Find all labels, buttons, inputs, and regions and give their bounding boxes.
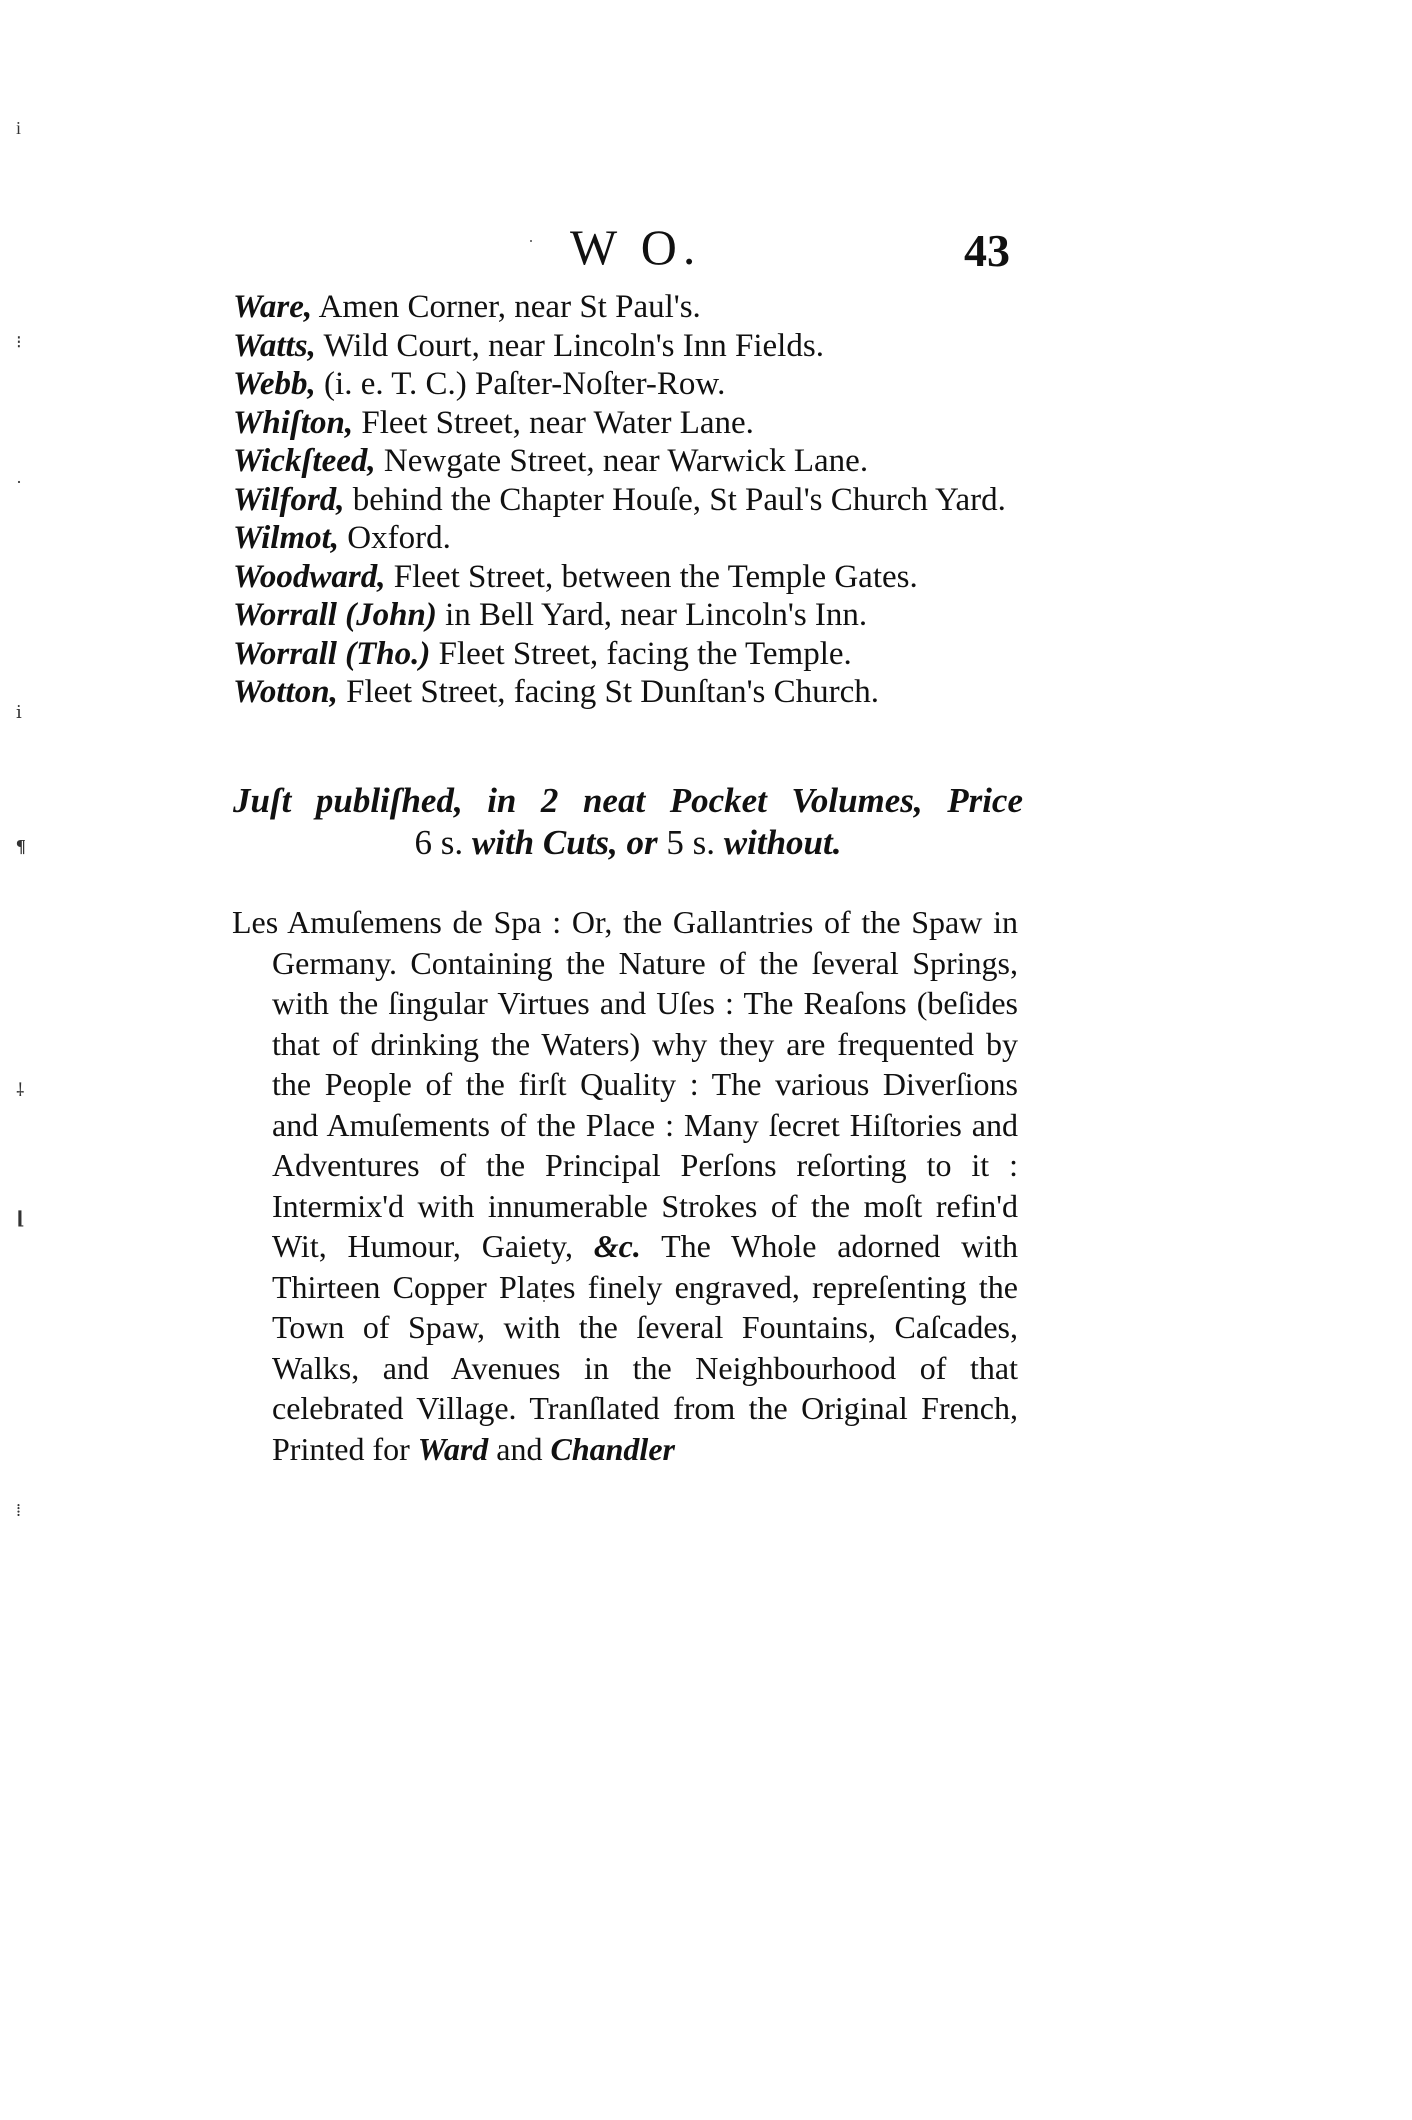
page-header: W O. 43: [230, 218, 1010, 278]
bookseller-address: Newgate Street, near Warwick Lane.: [384, 443, 868, 479]
bookseller-address: Fleet Street, facing St Dunſtan's Church…: [346, 674, 879, 710]
bookseller-name: Ware,: [233, 289, 312, 325]
bookseller-name: Wotton,: [233, 674, 338, 710]
bookseller-name: Woodward,: [233, 559, 386, 595]
publisher-name: Chandler: [550, 1431, 674, 1467]
bookseller-name: Wilmot,: [233, 520, 339, 556]
list-entry: Ware, Amen Corner, near St Paul's.: [233, 288, 1023, 327]
list-entry: Wotton, Fleet Street, facing St Dunſtan'…: [233, 673, 1023, 712]
bookseller-address: Fleet Street, near Water Lane.: [361, 405, 754, 441]
book-page: i ⁝ · ⅰ ¶ ⸸ ⌊ ⁞ W O. 43 Ware, Amen Corne…: [0, 0, 1412, 2120]
price-with-cuts: 6 s.: [415, 823, 464, 862]
bookseller-name: Wilford,: [233, 482, 345, 518]
publication-notice: Juſt publiſhed, in 2 neat Pocket Volumes…: [233, 780, 1023, 864]
bookseller-name: Worrall (John): [233, 597, 437, 633]
bookseller-name: Whiſton,: [233, 405, 353, 441]
list-entry: Watts, Wild Court, near Lincoln's Inn Fi…: [233, 327, 1023, 366]
list-entry: Webb, (i. e. T. C.) Paſter-Noſter-Row.: [233, 365, 1023, 404]
scan-margin-artifacts: i ⁝ · ⅰ ¶ ⸸ ⌊ ⁞: [16, 0, 46, 2120]
advert-body: Les Amuſemens de Spa : Or, the Gallantri…: [232, 904, 1018, 1264]
conjunction: and: [496, 1431, 542, 1467]
bookseller-address: behind the Chapter Houſe, St Paul's Chur…: [353, 482, 1006, 518]
bookseller-name: Wickſteed,: [233, 443, 376, 479]
bookseller-address: Wild Court, near Lincoln's Inn Fields.: [323, 328, 823, 364]
bookseller-list: Ware, Amen Corner, near St Paul's. Watts…: [233, 288, 1023, 712]
price-without-cuts: 5 s.: [666, 823, 715, 862]
bookseller-address: Amen Corner, near St Paul's.: [319, 289, 701, 325]
publisher-name: Ward: [418, 1431, 489, 1467]
list-entry: Wickſteed, Newgate Street, near Warwick …: [233, 442, 1023, 481]
bookseller-address: Fleet Street, between the Temple Gates.: [394, 559, 918, 595]
advertisement-paragraph: Les Amuſemens de Spa : Or, the Gallantri…: [232, 902, 1018, 1469]
list-entry: Worrall (John) in Bell Yard, near Lincol…: [233, 596, 1023, 635]
bookseller-address: Fleet Street, facing the Temple.: [439, 636, 852, 672]
page-number: 43: [964, 224, 1010, 277]
running-head: W O.: [570, 218, 701, 276]
list-entry: Whiſton, Fleet Street, near Water Lane.: [233, 404, 1023, 443]
notice-price-line: 6 s. with Cuts, or 5 s. without.: [233, 822, 1023, 864]
list-entry: Wilmot, Oxford.: [233, 519, 1023, 558]
bookseller-name: Webb,: [233, 366, 316, 402]
bookseller-address: in Bell Yard, near Lincoln's Inn.: [445, 597, 867, 633]
bookseller-address: Oxford.: [347, 520, 451, 556]
bookseller-name: Worrall (Tho.): [233, 636, 430, 672]
notice-text: without.: [724, 823, 842, 862]
list-entry: Wilford, behind the Chapter Houſe, St Pa…: [233, 481, 1023, 520]
notice-text: with Cuts, or: [472, 823, 658, 862]
list-entry: Woodward, Fleet Street, between the Temp…: [233, 558, 1023, 597]
list-entry: Worrall (Tho.) Fleet Street, facing the …: [233, 635, 1023, 674]
bookseller-name: Watts,: [233, 328, 316, 364]
etc-abbrev: &c.: [594, 1228, 641, 1264]
notice-headline: Juſt publiſhed, in 2 neat Pocket Volumes…: [233, 780, 1023, 822]
bookseller-address: (i. e. T. C.) Paſter-Noſter-Row.: [324, 366, 725, 402]
